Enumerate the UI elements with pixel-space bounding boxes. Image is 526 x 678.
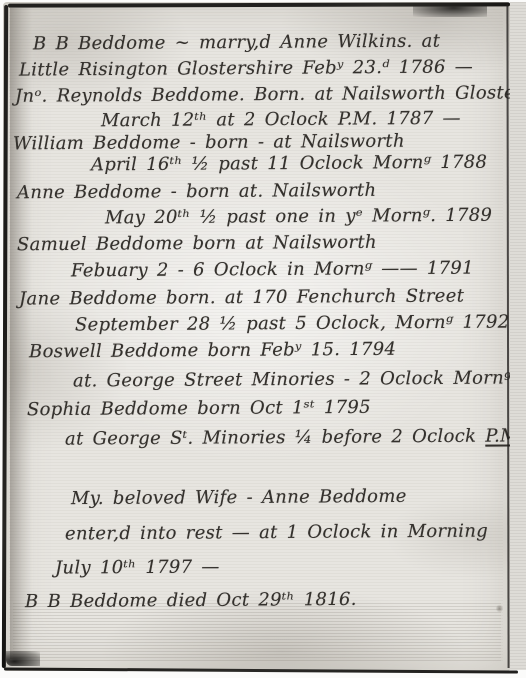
register-line: enter,d into rest — at 1 Oclock in Morni… (65, 521, 488, 545)
register-line: William Beddome - born - at Nailsworth (13, 131, 405, 155)
register-line: Samuel Beddome born at Nailsworth (17, 232, 377, 256)
document-page: B B Beddome ~ marry,d Anne Wilkins. atLi… (3, 2, 511, 671)
register-line: at. George Street Minories - 2 Oclock Mo… (73, 367, 512, 391)
document-scan: B B Beddome ~ marry,d Anne Wilkins. atLi… (0, 0, 526, 678)
register-line: at George Sᵗ. Minories ¼ before 2 Oclock… (65, 425, 519, 449)
register-line: Jnᵒ. Reynolds Beddome. Born. at Nailswor… (15, 82, 526, 107)
register-line: B B Beddome ~ marry,d Anne Wilkins. at (33, 31, 440, 55)
register-line: Anne Beddome - born at. Nailsworth (17, 180, 377, 204)
register-line: Boswell Beddome born Febʸ 15. 1794 (29, 339, 396, 363)
register-lines: B B Beddome ~ marry,d Anne Wilkins. atLi… (3, 2, 511, 671)
register-line: July 10ᵗʰ 1797 — (55, 556, 220, 578)
register-line: Jane Beddome born. at 170 Fenchurch Stre… (19, 285, 464, 309)
adjacent-page-strip (510, 2, 526, 670)
register-line: September 28 ½ past 5 Oclock, Mornᵍ 1792 (75, 311, 510, 335)
register-line: April 16ᵗʰ ½ past 11 Oclock Mornᵍ 1788 (91, 152, 487, 176)
register-line: Little Risington Glostershire Febʸ 23.ᵈ … (19, 56, 473, 80)
register-line: My. beloved Wife - Anne Beddome (71, 486, 407, 509)
register-line: May 20ᵗʰ ½ past one in yᵉ Mornᵍ. 1789 (105, 205, 492, 229)
register-line: March 12ᵗʰ at 2 Oclock P.M. 1787 — (101, 108, 461, 132)
register-line: B B Beddome died Oct 29ᵗʰ 1816. (25, 589, 357, 612)
register-line: Febuary 2 - 6 Oclock in Mornᵍ —— 1791 (71, 258, 474, 282)
register-line: Sophia Beddome born Oct 1ˢᵗ 1795 (27, 397, 371, 420)
